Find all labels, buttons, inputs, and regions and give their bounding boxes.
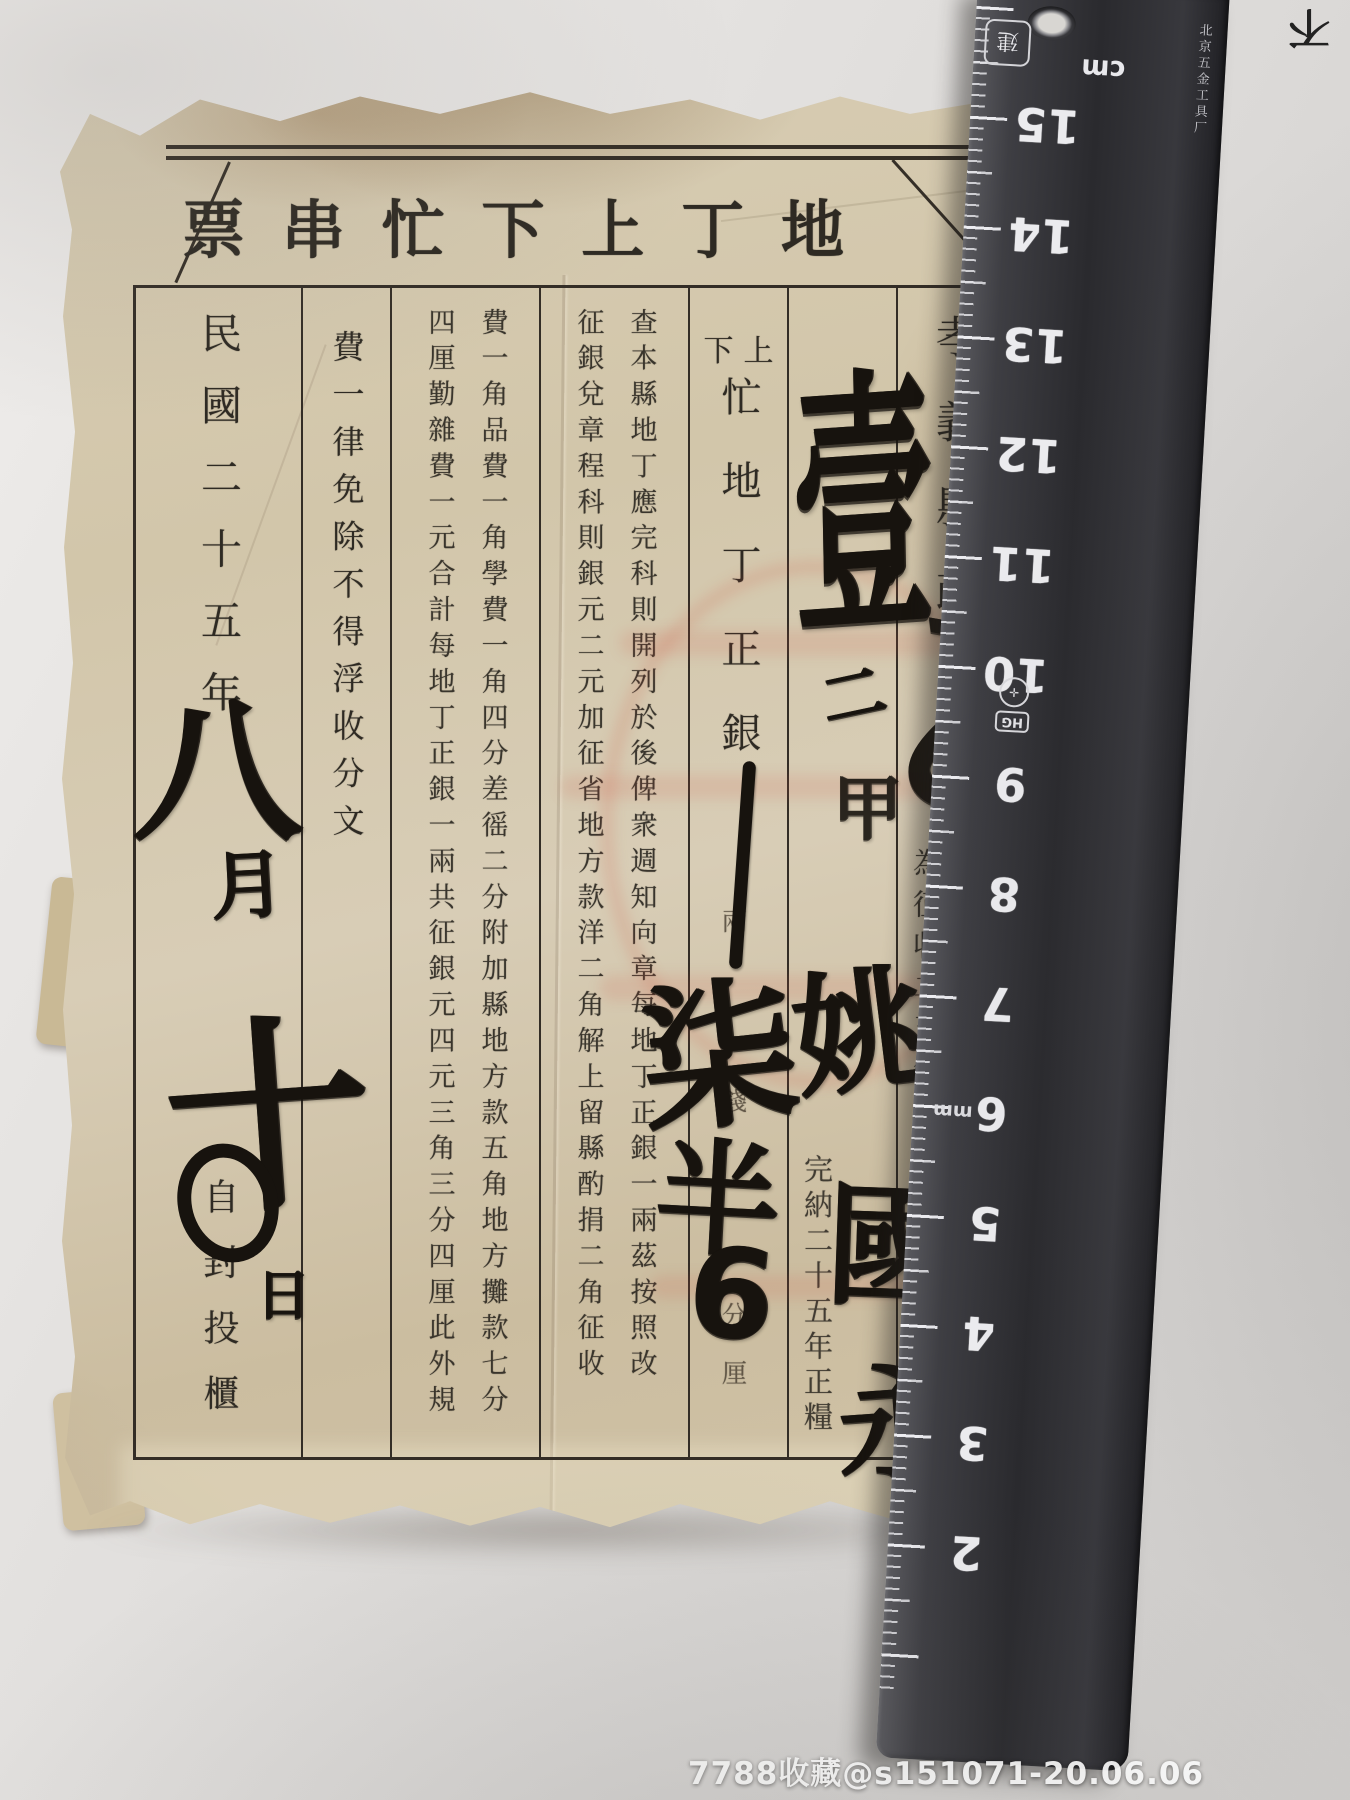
ruler-mm-label: mm [932,1099,973,1123]
document-table: 孝義縣政府 為征收二五年分正糧地丁事今據 完納二十五年正糧 上下 忙地丁正銀 兩… [133,285,1011,1460]
amount-heading: 忙地丁正銀 [710,376,767,796]
watermark: 7788收藏@s151071-20.06.06 [688,1748,1204,1793]
column-note: 費一律免除不得浮收分文 [301,288,390,1457]
deposit-instruction: 自封投櫃 [193,1178,244,1440]
amount-heading-pair: 上下 [704,326,774,370]
ruler-number: 3 [938,1414,1005,1472]
ruler-number: 14 [1008,206,1075,264]
rates-line: 四厘勤雜費一元合計每地丁正銀一兩共征銀元四元三角三分四厘此外規 [420,308,459,1457]
title-char: 下 [704,326,734,370]
unit-candareen: 分 [722,1296,747,1332]
title-char: 上 [744,326,774,370]
ruler-number: 15 [1014,96,1081,154]
column-rates-2: 費一角品費一角學費一角四分差徭二分附加縣地方款五角地方攤款七分 四厘勤雜費一元合… [390,288,539,1457]
ruler-number: 2 [932,1524,999,1582]
ruler-number: 7 [964,975,1031,1033]
title-char: 上 [581,180,644,271]
ruler-number: 5 [951,1195,1018,1253]
ruler-number: 13 [1002,316,1069,374]
header-top-rule [166,145,1011,149]
unit-mace: 錢 [722,1082,747,1118]
ruler-maker-text: 北京五金工具厂 [1188,23,1214,138]
title-char: 地 [781,180,844,271]
rates-line: 費一角品費一角學費一角四分差徭二分附加縣地方款五角地方攤款七分 [473,308,512,1457]
note-text: 費一律免除不得浮收分文 [324,330,370,851]
document-title: 地丁上下忙串票 [182,175,844,275]
ruler-number: 8 [970,865,1037,923]
era-date: 民國二十五年 [189,312,248,743]
column-rates-1: 查本縣地丁應完科則開列於後俾衆週知向章每地丁正銀一兩茲按照改 征銀兌章程科則銀元… [539,288,688,1457]
header-top-rule [166,156,1011,160]
ruler-number: 11 [989,536,1056,594]
payer-printed-footer: 完納二十五年正糧 [797,1154,838,1437]
title-char: 下 [481,180,544,271]
ruler-number: 9 [976,755,1043,813]
corner-marking: 不 [1288,0,1330,60]
photo-background: 地丁上下忙串票 孝義縣政府 為征收二五年分正糧地丁事今據 完納二十五年正糧 上下… [0,0,1350,1800]
rates-line: 征銀兌章程科則銀元二元加征省地方款洋二角解上留縣酌捐二角征收 [569,308,608,1457]
ruler-hg-mark: HG [995,710,1030,733]
ruler-number: 4 [945,1304,1012,1362]
title-char: 忙 [382,180,445,271]
rates-line: 查本縣地丁應完科則開列於後俾衆週知向章每地丁正銀一兩茲按照改 [622,308,661,1457]
title-char: 票 [182,180,245,271]
title-char: 丁 [681,180,744,271]
ruler-cm-label: cm [1080,52,1126,85]
ruler-number: 12 [995,426,1062,484]
ruler-brand-logo: 建 [983,19,1032,68]
title-char: 串 [282,180,345,271]
unit-tael: 兩 [722,902,747,938]
unit-li: 厘 [722,1354,747,1390]
column-date: 民國二十五年 自封投櫃 [136,288,301,1457]
column-amount: 上下 忙地丁正銀 兩 錢 分 厘 [688,288,787,1457]
column-payer: 完納二十五年正糧 [787,288,896,1457]
